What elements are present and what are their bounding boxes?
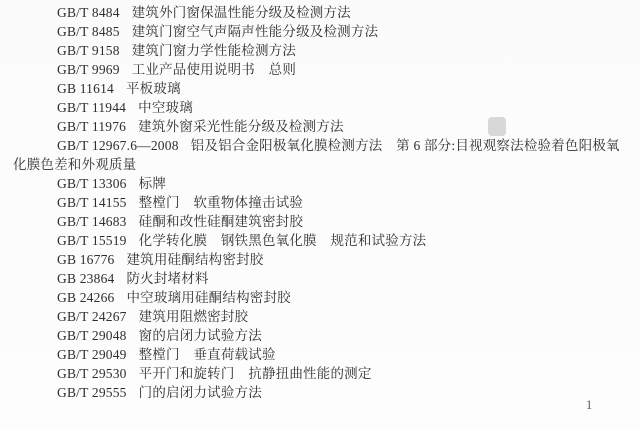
standard-entry: GB 23864防火封堵材料 (13, 269, 628, 288)
standard-code: GB 24266 (57, 290, 114, 305)
standard-title: 建筑门窗力学性能检测方法 (132, 43, 296, 58)
standard-entry: GB 24266中空玻璃用硅酮结构密封胶 (13, 288, 628, 307)
standard-code: GB/T 29049 (57, 347, 127, 362)
standard-title: 中空玻璃 (138, 100, 193, 115)
gray-smudge (488, 117, 506, 136)
standard-entry: GB/T 13306标牌 (13, 174, 628, 193)
standard-code: GB/T 29048 (57, 328, 127, 343)
standard-entry: GB/T 11976建筑外窗采光性能分级及检测方法 (13, 117, 628, 136)
standard-code: GB/T 12967.6—2008 (57, 138, 179, 153)
standard-title: 门的启闭力试验方法 (139, 385, 262, 400)
standard-title: 建筑外门窗保温性能分级及检测方法 (132, 5, 351, 20)
standard-code: GB/T 13306 (57, 176, 127, 191)
standard-code: GB/T 9158 (57, 43, 120, 58)
standard-title: 建筑门窗空气声隔声性能分级及检测方法 (132, 24, 379, 39)
standard-entry: GB/T 8484建筑外门窗保温性能分级及检测方法 (13, 3, 628, 22)
standard-code: GB/T 11944 (57, 100, 126, 115)
standard-title: 硅酮和改性硅酮建筑密封胶 (139, 214, 303, 229)
standard-title: 防火封堵材料 (126, 271, 208, 286)
standard-entry: GB/T 29530平开门和旋转门 抗静扭曲性能的测定 (13, 364, 628, 383)
standard-entry: GB/T 24267建筑用阻燃密封胶 (13, 307, 628, 326)
standard-entry: GB/T 29049整樘门 垂直荷载试验 (13, 345, 628, 364)
standard-code: GB 16776 (57, 252, 114, 267)
standard-entry: GB/T 14155整樘门 软重物体撞击试验 (13, 193, 628, 212)
standard-title: 整樘门 软重物体撞击试验 (139, 195, 303, 210)
standard-title: 平板玻璃 (126, 81, 181, 96)
standard-entry: GB/T 9969工业产品使用说明书 总则 (13, 60, 628, 79)
standard-title: 工业产品使用说明书 总则 (132, 62, 296, 77)
standard-entry: GB/T 29048窗的启闭力试验方法 (13, 326, 628, 345)
standard-entry: GB/T 12967.6—2008铝及铝合金阳极氧化膜检测方法 第 6 部分:目… (13, 136, 628, 174)
standards-list: GB/T 8484建筑外门窗保温性能分级及检测方法GB/T 8485建筑门窗空气… (13, 3, 628, 402)
document-page: GB/T 8484建筑外门窗保温性能分级及检测方法GB/T 8485建筑门窗空气… (0, 0, 640, 430)
standard-entry: GB 11614平板玻璃 (13, 79, 628, 98)
standard-code: GB/T 29555 (57, 385, 127, 400)
standard-code: GB 11614 (57, 81, 114, 96)
standard-code: GB/T 8484 (57, 5, 120, 20)
standard-entry: GB/T 15519化学转化膜 钢铁黑色氧化膜 规范和试验方法 (13, 231, 628, 250)
standard-entry: GB/T 29555门的启闭力试验方法 (13, 383, 628, 402)
standard-entry: GB/T 14683硅酮和改性硅酮建筑密封胶 (13, 212, 628, 231)
standard-code: GB 23864 (57, 271, 114, 286)
standard-title: 化学转化膜 钢铁黑色氧化膜 规范和试验方法 (139, 233, 427, 248)
standard-title: 建筑用硅酮结构密封胶 (126, 252, 263, 267)
standard-title: 标牌 (139, 176, 166, 191)
standard-code: GB/T 29530 (57, 366, 127, 381)
standard-code: GB/T 24267 (57, 309, 127, 324)
standard-code: GB/T 11976 (57, 119, 126, 134)
standard-title: 平开门和旋转门 抗静扭曲性能的测定 (139, 366, 372, 381)
standard-title: 建筑用阻燃密封胶 (139, 309, 249, 324)
standard-entry: GB 16776建筑用硅酮结构密封胶 (13, 250, 628, 269)
standard-title: 窗的启闭力试验方法 (139, 328, 262, 343)
standard-title: 中空玻璃用硅酮结构密封胶 (126, 290, 290, 305)
standard-entry: GB/T 9158建筑门窗力学性能检测方法 (13, 41, 628, 60)
standard-title: 整樘门 垂直荷载试验 (139, 347, 276, 362)
standard-code: GB/T 14683 (57, 214, 127, 229)
standard-code: GB/T 15519 (57, 233, 127, 248)
standard-entry: GB/T 11944中空玻璃 (13, 98, 628, 117)
standard-code: GB/T 8485 (57, 24, 120, 39)
standard-entry: GB/T 8485建筑门窗空气声隔声性能分级及检测方法 (13, 22, 628, 41)
page-number: 1 (586, 398, 592, 413)
standard-code: GB/T 9969 (57, 62, 120, 77)
standard-title: 建筑外窗采光性能分级及检测方法 (138, 119, 344, 134)
standard-code: GB/T 14155 (57, 195, 127, 210)
